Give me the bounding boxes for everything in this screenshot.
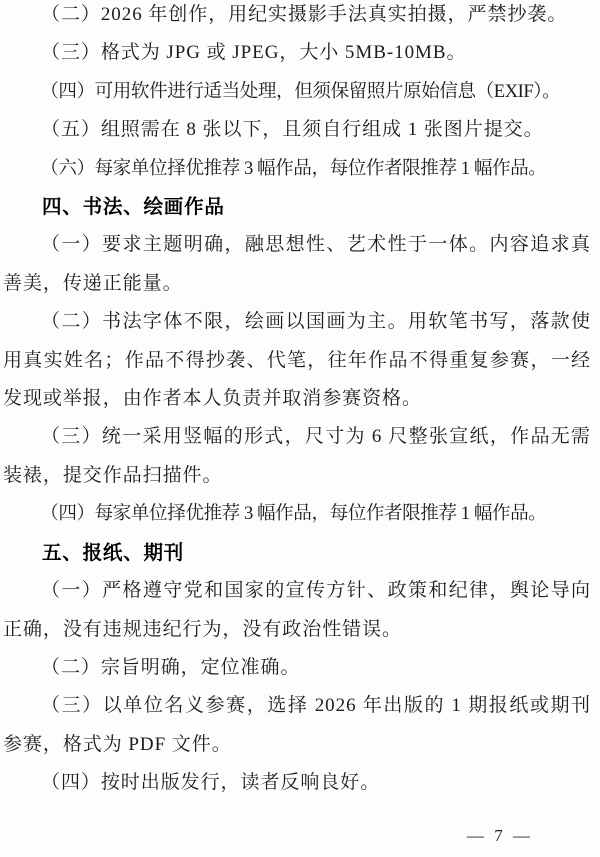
- paragraph-photo-rule-5: （五）组照需在 8 张以下，且须自行组成 1 张图片提交。: [3, 111, 591, 149]
- document-page: （二）2026 年创作，用纪实摄影手法真实拍摄，严禁抄袭。 （三）格式为 JPG…: [0, 0, 600, 857]
- paragraph-photo-rule-4: （四）可用软件进行适当处理，但须保留照片原始信息（EXIF）。: [3, 73, 591, 111]
- paragraph-photo-rule-2: （二）2026 年创作，用纪实摄影手法真实拍摄，严禁抄袭。: [3, 0, 591, 34]
- paragraph-photo-rule-6: （六）每家单位择优推荐 3 幅作品，每位作者限推荐 1 幅作品。: [3, 150, 591, 188]
- page-number: — 7 —: [467, 826, 533, 846]
- section-heading-newspaper-periodical: 五、报纸、期刊: [3, 534, 591, 572]
- section-heading-calligraphy-painting: 四、书法、绘画作品: [3, 188, 591, 226]
- paragraph-photo-rule-3: （三）格式为 JPG 或 JPEG，大小 5MB-10MB。: [3, 34, 591, 72]
- paragraph-press-rule-2: （二）宗旨明确，定位准确。: [3, 649, 591, 687]
- paragraph-press-rule-1: （一）严格遵守党和国家的宣传方针、政策和纪律，舆论导向正确，没有违规违纪行为，没…: [3, 572, 591, 649]
- paragraph-art-rule-4: （四）每家单位择优推荐 3 幅作品，每位作者限推荐 1 幅作品。: [3, 495, 591, 533]
- document-body: （二）2026 年创作，用纪实摄影手法真实拍摄，严禁抄袭。 （三）格式为 JPG…: [3, 0, 591, 803]
- paragraph-press-rule-3: （三）以单位名义参赛，选择 2026 年出版的 1 期报纸或期刊参赛，格式为 P…: [3, 687, 591, 764]
- paragraph-art-rule-1: （一）要求主题明确，融思想性、艺术性于一体。内容追求真善美，传递正能量。: [3, 226, 591, 303]
- paragraph-art-rule-2: （二）书法字体不限，绘画以国画为主。用软笔书写，落款使用真实姓名；作品不得抄袭、…: [3, 303, 591, 418]
- paragraph-art-rule-3: （三）统一采用竖幅的形式，尺寸为 6 尺整张宣纸，作品无需装裱，提交作品扫描件。: [3, 418, 591, 495]
- paragraph-press-rule-4: （四）按时出版发行，读者反响良好。: [3, 764, 591, 802]
